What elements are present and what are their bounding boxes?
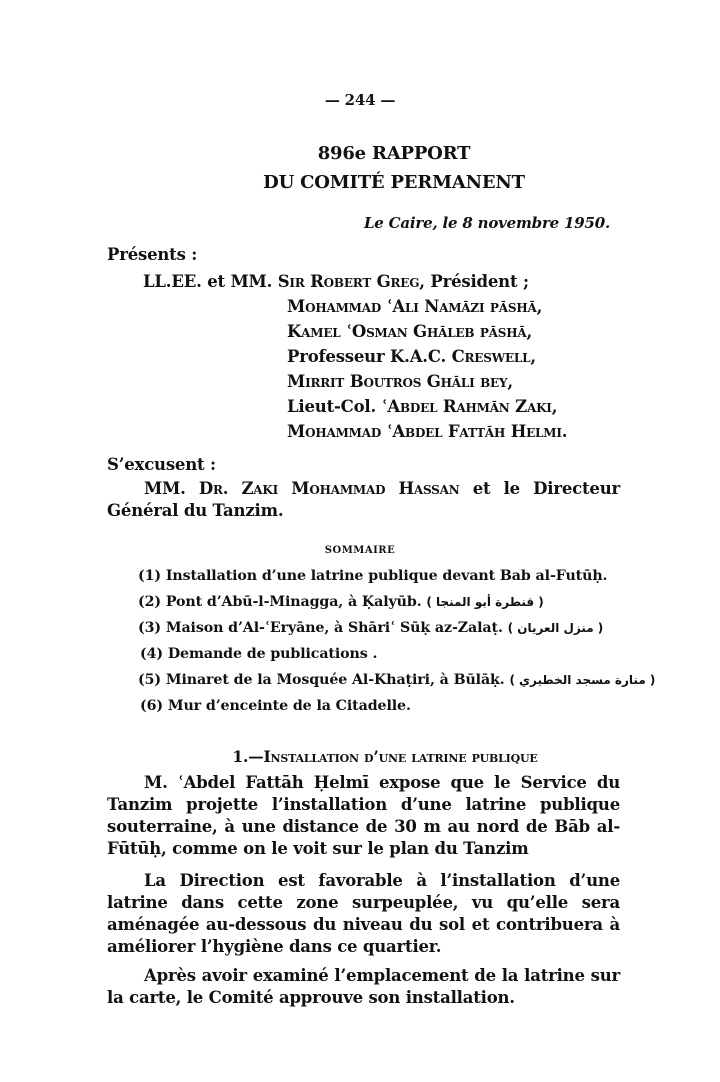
member-suffix: ,: [507, 372, 513, 391]
document-page: — 244 — 896e RAPPORT DU COMITÉ PERMANENT…: [0, 0, 720, 1082]
excused-label: S’excusent :: [107, 454, 216, 476]
section-heading: 1.—Installation d’une latrine publique: [0, 746, 720, 768]
presents-intro: LL.EE. et MM.: [143, 272, 272, 291]
member-row: Mirrit Boutros Ghāli bey,: [287, 371, 513, 393]
sommaire-item: (4) Demande de publications .: [140, 644, 377, 664]
sommaire-item: (1) Installation d’une latrine publique …: [138, 566, 607, 586]
report-title-text: 896e RAPPORT: [318, 143, 471, 164]
member-prefix: Lieut-Col.: [287, 397, 382, 416]
sommaire-item-text: (1) Installation d’une latrine publique …: [138, 568, 607, 584]
member-name: Mirrit Boutros Ghāli bey: [287, 372, 507, 391]
presents-label: Présents :: [107, 244, 197, 266]
sommaire-item-arabic: ( منارة مسجد الخطيري ): [509, 673, 655, 687]
member-suffix: , Président ;: [419, 272, 529, 291]
member-name: Mohammad ʿAbdel Fattāh Helmi: [287, 422, 562, 441]
section-number: 1.—: [232, 747, 263, 766]
sommaire-item-arabic: ( قنطرة أبو المنجا ): [426, 595, 543, 609]
sommaire-title: SOMMAIRE: [0, 540, 720, 562]
member-row: Mohammad ʿAli Namāzi pāshā,: [287, 296, 542, 318]
page-number: — 244 —: [0, 89, 720, 111]
sommaire-item-text: (3) Maison d’Al-ʿEryāne, à Shāriʿ Sūḳ az…: [138, 620, 503, 636]
sommaire-item-text: (2) Pont d’Abū-l-Minagga, à Ḳalyūb.: [138, 594, 422, 610]
sommaire-item-text: (5) Minaret de la Mosquée Al-Khaṭiri, à …: [138, 672, 505, 688]
report-title: 896e RAPPORT: [0, 143, 720, 165]
excused-text: MM. Dr. Zaki Mohammad Hassan et le Direc…: [107, 478, 620, 522]
member-name: Kamel ʿOsman Ghāleb pāshā: [287, 322, 527, 341]
sommaire-item: (2) Pont d’Abū-l-Minagga, à Ḳalyūb. ( قن…: [138, 592, 544, 612]
member-name: Sir Robert Greg: [278, 272, 420, 291]
section-title: Installation d’une latrine publique: [264, 747, 538, 766]
member-prefix: Professeur K.A.C.: [287, 347, 452, 366]
member-name: ʿAbdel Rahmān Zaki: [382, 397, 552, 416]
paragraph: La Direction est favorable à l’installat…: [107, 870, 620, 958]
sommaire-item: (5) Minaret de la Mosquée Al-Khaṭiri, à …: [138, 670, 655, 690]
member-row: Kamel ʿOsman Ghāleb pāshā,: [287, 321, 532, 343]
sommaire-item: (3) Maison d’Al-ʿEryāne, à Shāriʿ Sūḳ az…: [138, 618, 603, 638]
member-suffix: ,: [527, 322, 533, 341]
excused-prefix: MM.: [144, 479, 199, 498]
member-row: Lieut-Col. ʿAbdel Rahmān Zaki,: [287, 396, 557, 418]
dateline: Le Caire, le 8 novembre 1950.: [364, 212, 610, 234]
member-suffix: .: [562, 422, 568, 441]
sommaire-item: (6) Mur d’enceinte de la Citadelle.: [140, 696, 411, 716]
sommaire-item-arabic: ( منزل العريان ): [508, 621, 604, 635]
sommaire-item-text: (6) Mur d’enceinte de la Citadelle.: [140, 698, 411, 714]
member-suffix: ,: [552, 397, 558, 416]
excused-name: Dr. Zaki Mohammad Hassan: [199, 479, 460, 498]
member-suffix: ,: [530, 347, 536, 366]
presents-intro-row: LL.EE. et MM. Sir Robert Greg, Président…: [143, 271, 529, 293]
member-row: Professeur K.A.C. Creswell,: [287, 346, 536, 368]
paragraph: Après avoir examiné l’emplacement de la …: [107, 965, 620, 1009]
member-suffix: ,: [537, 297, 543, 316]
member-row: Mohammad ʿAbdel Fattāh Helmi.: [287, 421, 567, 443]
paragraph: M. ʿAbdel Fattāh Ḥelmī expose que le Ser…: [107, 772, 620, 860]
member-name: Creswell: [452, 347, 531, 366]
sommaire-item-text: (4) Demande de publications .: [140, 646, 377, 662]
member-name: Mohammad ʿAli Namāzi pāshā: [287, 297, 537, 316]
report-subtitle: DU COMITÉ PERMANENT: [0, 172, 720, 194]
